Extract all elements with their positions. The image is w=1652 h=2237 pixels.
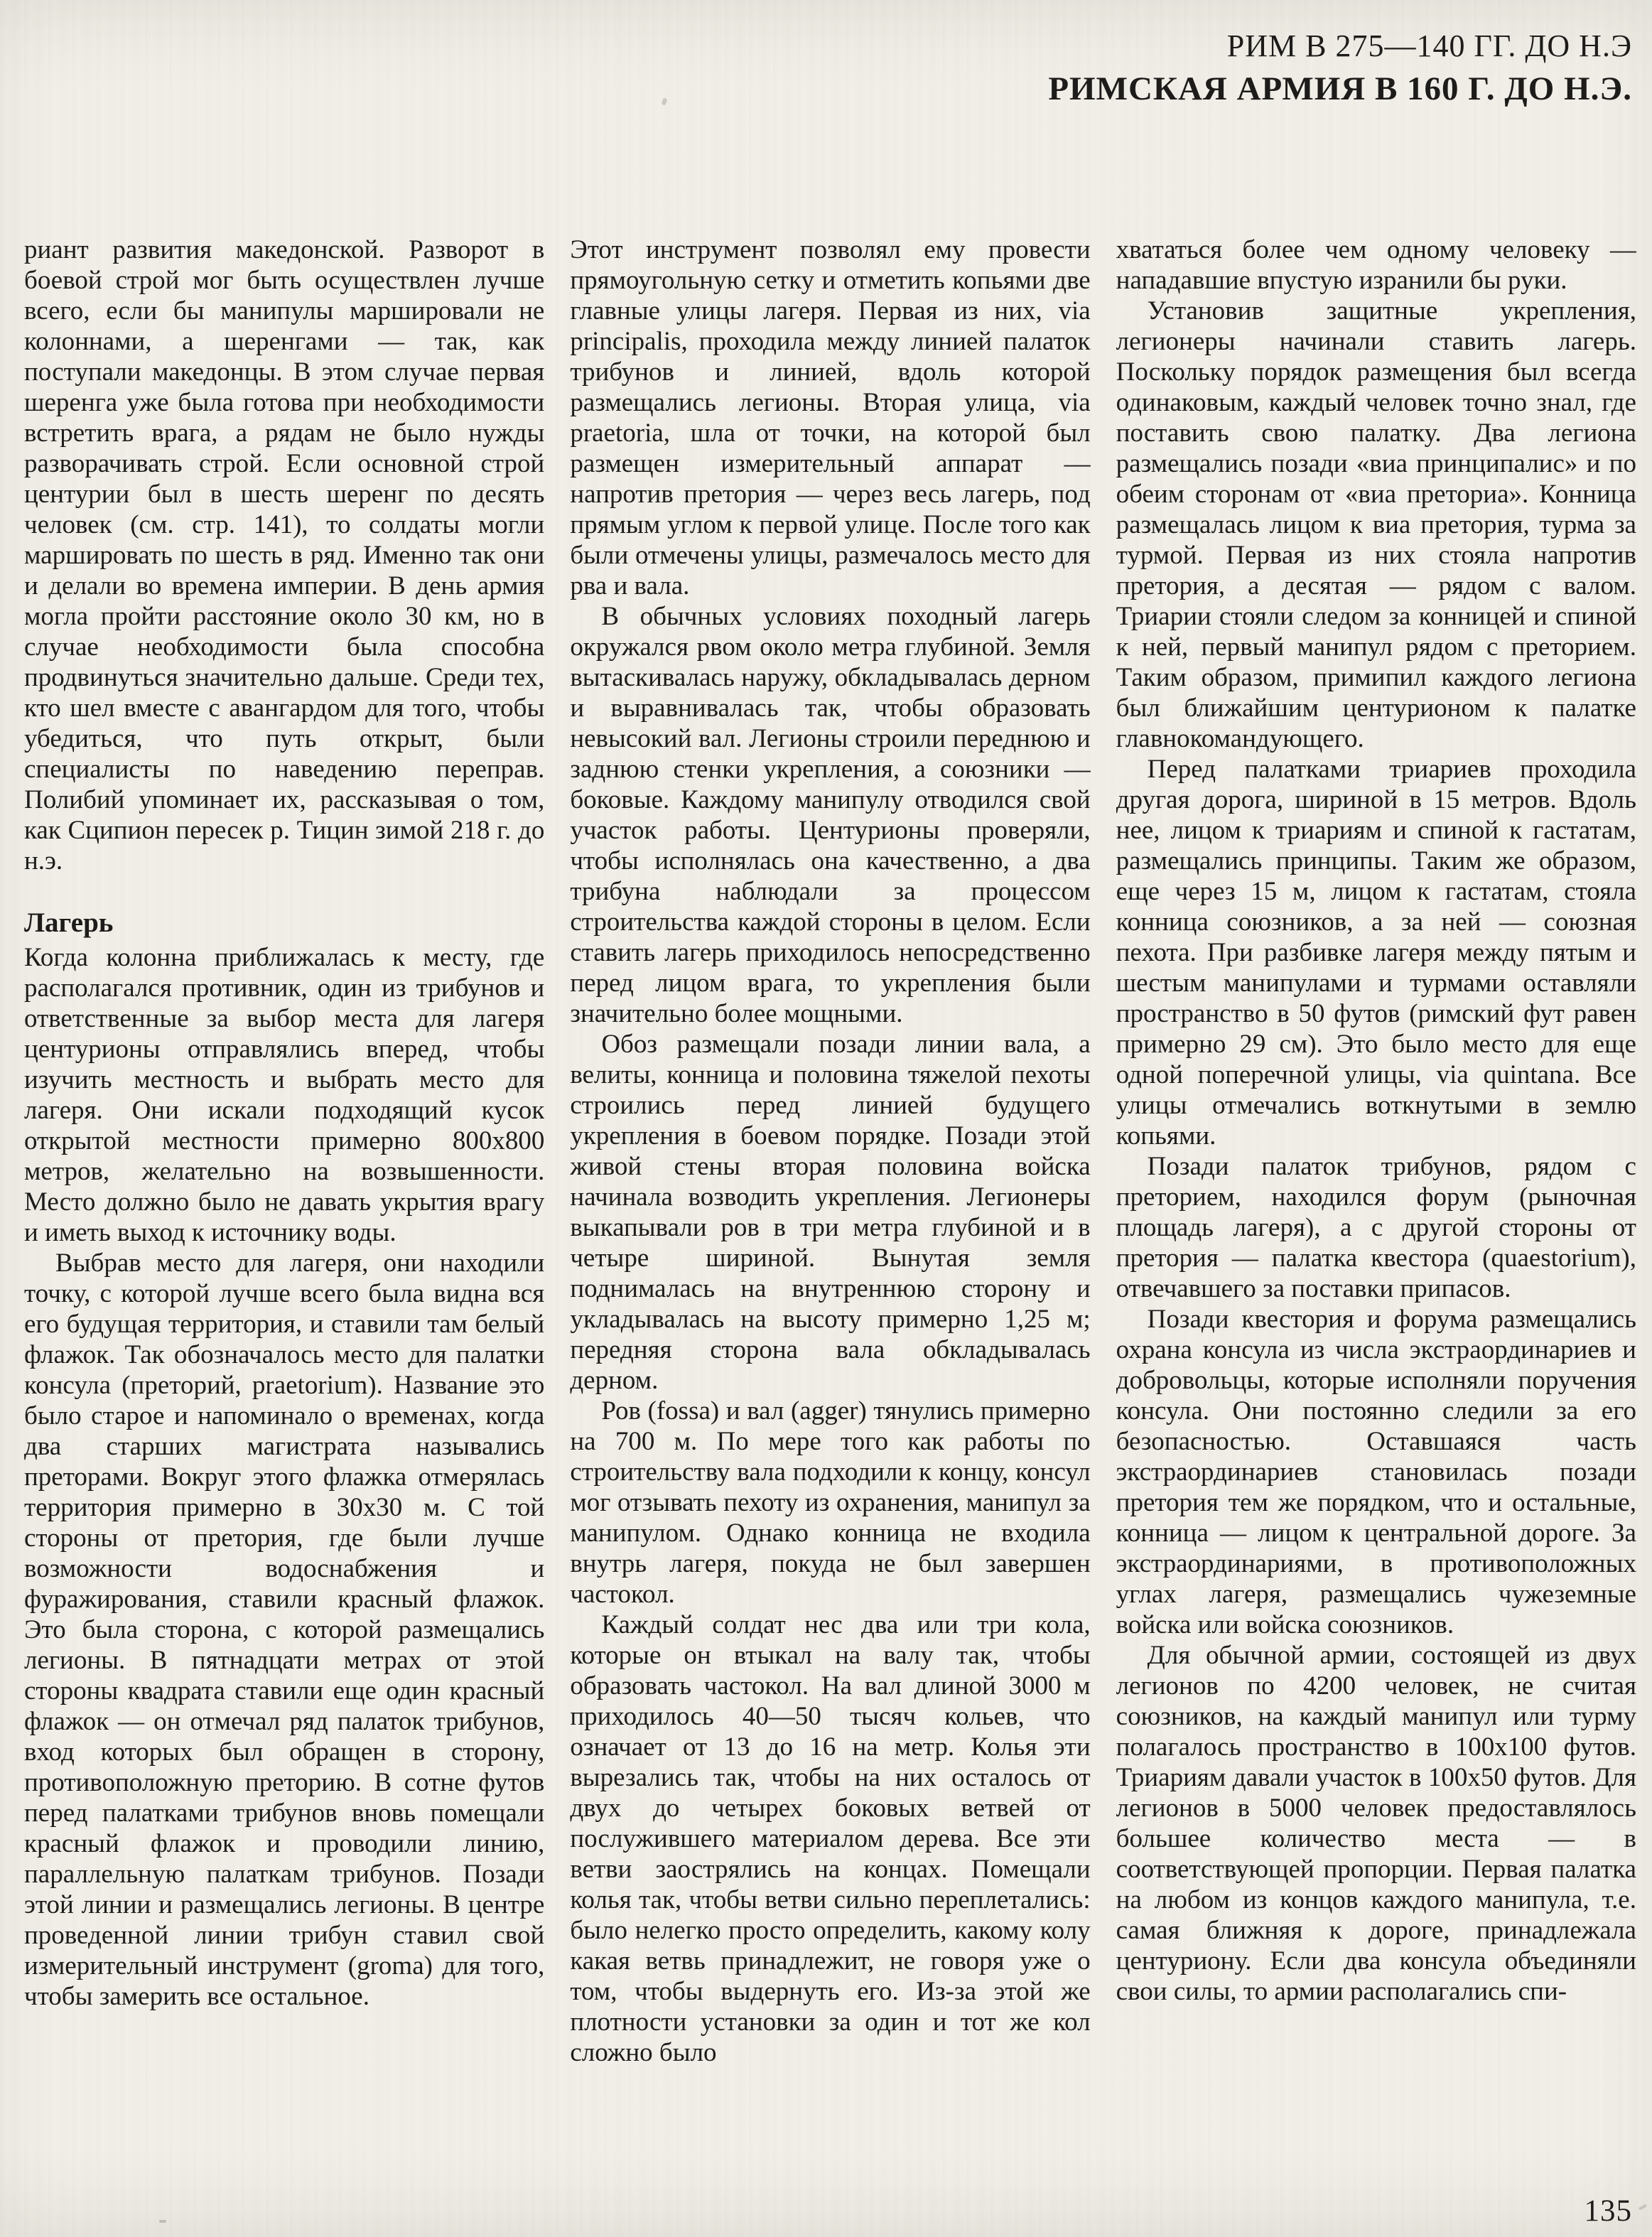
paragraph: Этот инструмент позволял ему провести пр… [570, 235, 1090, 601]
paragraph: Выбрав место для лагеря, они находили то… [24, 1248, 544, 2012]
text-columns: риант развития македонской. Разворот в б… [24, 235, 1636, 2180]
scan-artifact [1638, 2204, 1647, 2210]
paragraph: Позади квестория и форума размещались ох… [1116, 1304, 1636, 1640]
paragraph: В обычных условиях походный лагерь окруж… [570, 601, 1090, 1029]
paragraph: Позади палаток трибунов, рядом с претори… [1116, 1151, 1636, 1304]
book-page: РИМ В 275—140 ГГ. ДО Н.Э РИМСКАЯ АРМИЯ В… [0, 0, 1652, 2237]
column-middle: Этот инструмент позволял ему провести пр… [570, 235, 1090, 2180]
running-head: РИМ В 275—140 ГГ. ДО Н.Э РИМСКАЯ АРМИЯ В… [1048, 26, 1632, 111]
running-head-chapter: РИМ В 275—140 ГГ. ДО Н.Э [1048, 26, 1632, 67]
paragraph: Когда колонна приближалась к месту, где … [24, 942, 544, 1248]
section-heading: Лагерь [24, 907, 544, 938]
paragraph: Для обычной армии, состоящей из двух лег… [1116, 1640, 1636, 2007]
paragraph: хвататься более чем одному человеку — на… [1116, 235, 1636, 296]
running-head-section: РИМСКАЯ АРМИЯ В 160 Г. ДО Н.Э. [1048, 67, 1632, 111]
scan-artifact [662, 97, 668, 105]
paragraph: Ров (fossa) и вал (agger) тянулись приме… [570, 1396, 1090, 1610]
paragraph: Установив защитные укрепления, легионеры… [1116, 296, 1636, 754]
paragraph: Перед палатками триариев проходила друга… [1116, 754, 1636, 1151]
column-left: риант развития македонской. Разворот в б… [24, 235, 544, 2180]
paragraph: риант развития македонской. Разворот в б… [24, 235, 544, 876]
page-number: 135 [1584, 2194, 1633, 2228]
scan-artifact [159, 2220, 166, 2223]
paragraph: Обоз размещали позади линии вала, а вели… [570, 1029, 1090, 1396]
paragraph: Каждый солдат нес два или три кола, кото… [570, 1610, 1090, 2068]
column-right: хвататься более чем одному человеку — на… [1116, 235, 1636, 2180]
